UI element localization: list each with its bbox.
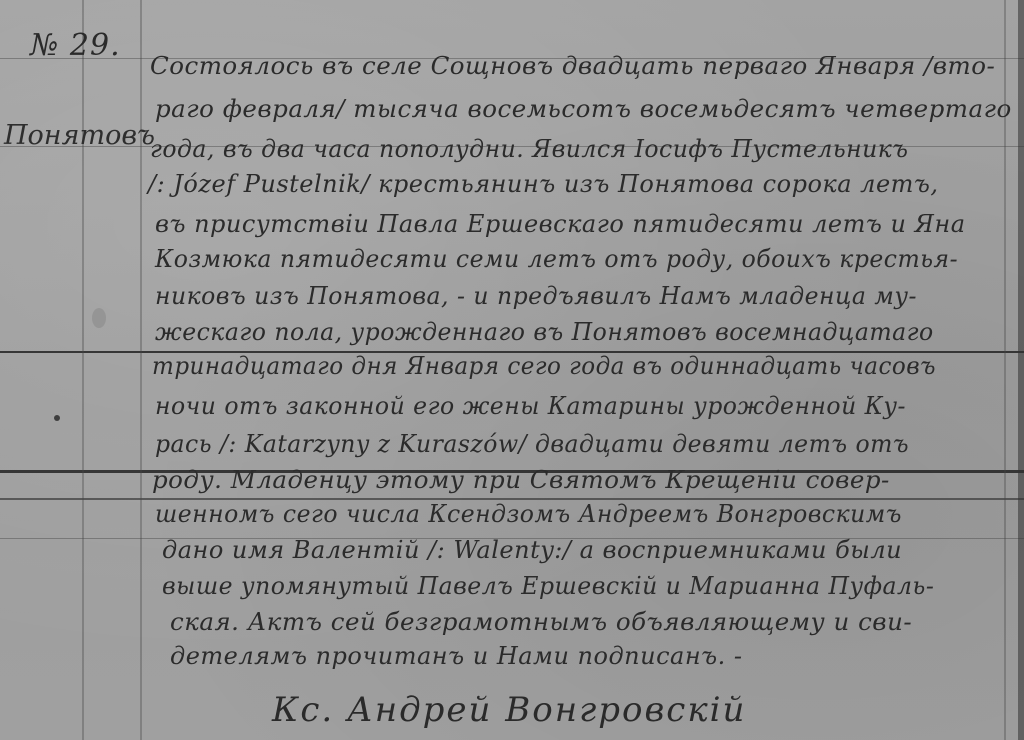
record-line-10: ночи отъ законной его жены Катарины урож…	[155, 392, 906, 420]
record-line-13: шенномъ сего числа Ксендзомъ Андреемъ Во…	[155, 500, 902, 528]
ink-smudge	[92, 308, 106, 328]
record-line-14: дано имя Валентій /: Walenty:/ а восприе…	[162, 536, 902, 564]
margin-village-name: Понятовъ	[4, 120, 155, 151]
record-line-11: рась /: Katarzyny z Kuraszów/ двадцати д…	[155, 430, 909, 458]
record-line-12: роду. Младенцу этому при Святомъ Крещені…	[152, 466, 890, 494]
record-line-5: въ присутствіи Павла Ершевскаго пятидеся…	[155, 210, 966, 238]
record-line-4: /: Józef Pustelnik/ крестьянинъ изъ Поня…	[148, 170, 939, 198]
record-line-16: ская. Актъ сей безграмотнымъ объявляющем…	[170, 608, 912, 636]
record-line-7: никовъ изъ Понятова, - и предъявилъ Намъ…	[155, 282, 917, 310]
record-line-3: года, въ два часа пополудни. Явился Іоси…	[150, 135, 908, 163]
entry-number: № 29.	[30, 28, 121, 63]
document-page: № 29. Понятовъ Состоялось въ селе Сощнов…	[0, 0, 1024, 740]
record-line-6: Козмюка пятидесяти семи летъ отъ роду, о…	[155, 245, 958, 273]
page-edge	[1018, 0, 1024, 740]
record-line-15: выше упомянутый Павелъ Ершевскій и Мариа…	[162, 572, 934, 600]
record-line-1: Состоялось въ селе Сощновъ двадцать перв…	[150, 52, 995, 80]
record-line-9: тринадцатаго дня Января сего года въ оди…	[152, 352, 936, 380]
priest-signature: Кс. Андрей Вонгровскій	[272, 690, 746, 730]
record-line-17: детелямъ прочитанъ и Нами подписанъ. -	[170, 642, 743, 670]
record-line-2: раго февраля/ тысяча восемьсотъ восемьде…	[155, 95, 1012, 123]
margin-rule	[140, 0, 142, 740]
margin-rule	[82, 0, 84, 740]
ink-dot	[54, 415, 60, 421]
record-line-8: жескаго пола, урожденнаго въ Понятовъ во…	[155, 318, 934, 346]
